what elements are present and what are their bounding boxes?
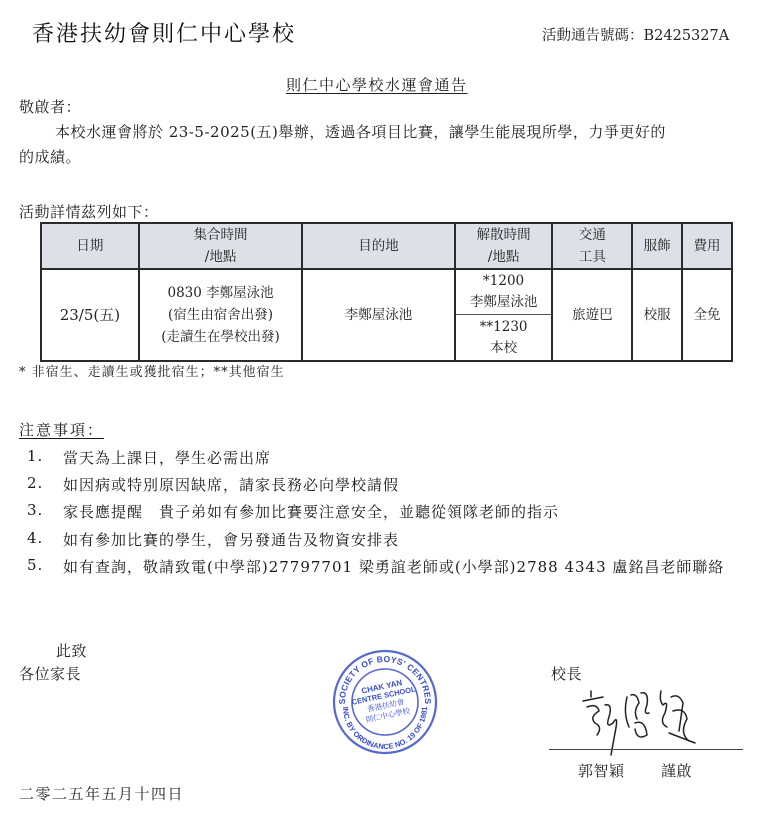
note-item: 2.如因病或特別原因缺席，請家長務必向學校請假 — [27, 474, 399, 495]
header-destination: 目的地 — [302, 223, 454, 269]
dismiss-option-a: *1200 李鄭屋泳池 — [456, 270, 552, 315]
principal-name: 郭智穎 — [578, 760, 625, 781]
details-intro: 活動詳情茲列如下： — [19, 201, 159, 222]
closing-recipient: 各位家長 — [19, 663, 81, 684]
header-assembly: 集合時間/地點 — [139, 223, 302, 269]
cell-attire: 校服 — [632, 269, 682, 361]
notice-date: 二零二五年五月十四日 — [19, 783, 184, 804]
closing-line1: 此致 — [56, 640, 87, 661]
school-name: 香港扶幼會則仁中心學校 — [32, 17, 296, 48]
header-attire: 服飾 — [632, 223, 682, 269]
cell-dismiss: *1200 李鄭屋泳池 **1230 本校 — [455, 269, 553, 361]
cell-assembly: 0830 李鄭屋泳池 (宿生由宿舍出發) (走讀生在學校出發) — [139, 269, 302, 361]
table-footnote: * 非宿生、走讀生或獲批宿生；**其他宿生 — [19, 361, 285, 380]
dismiss-option-b: **1230 本校 — [456, 315, 552, 360]
header-dismiss: 解散時間/地點 — [455, 223, 553, 269]
cell-destination: 李鄭屋泳池 — [302, 269, 454, 361]
note-item: 4.如有參加比賽的學生，會另發通告及物資安排表 — [27, 529, 399, 550]
notes-title: 注意事項： — [19, 419, 104, 440]
header-transport: 交通工具 — [552, 223, 632, 269]
cell-transport: 旅遊巴 — [552, 269, 632, 361]
cell-date: 23/5(五) — [41, 269, 139, 361]
salutation: 敬啟者： — [19, 96, 81, 117]
cell-fee: 全免 — [682, 269, 732, 361]
principal-signature — [575, 683, 705, 763]
signature-line — [549, 749, 743, 750]
body-paragraph-line2: 的成績。 — [19, 146, 81, 167]
principal-title: 校長 — [551, 663, 582, 684]
note-item: 5.如有查詢，敬請致電(中學部)27797701 梁勇誼老師或(小學部)2788… — [27, 556, 724, 577]
notice-title: 則仁中心學校水運會通告 — [286, 74, 468, 95]
table-header-row: 日期 集合時間/地點 目的地 解散時間/地點 交通工具 服飾 費用 — [41, 223, 732, 269]
body-paragraph-line1: 本校水運會將於 23-5-2025(五)舉辦，透過各項目比賽，讓學生能展現所學，… — [55, 121, 666, 142]
note-item: 1.當天為上課日，學生必需出席 — [27, 447, 271, 468]
principal-closing: 謹啟 — [661, 760, 692, 781]
note-item: 3.家長應提醒 貴子弟如有參加比賽要注意安全，並聽從領隊老師的指示 — [27, 501, 559, 522]
header-fee: 費用 — [682, 223, 732, 269]
notice-number: 活動通告號碼：B2425327A — [542, 24, 729, 45]
table-row: 23/5(五) 0830 李鄭屋泳池 (宿生由宿舍出發) (走讀生在學校出發) … — [41, 269, 732, 361]
school-seal-stamp: SOCIETY OF BOYS' CENTRES INC. BY ORDINAN… — [332, 649, 438, 755]
header-date: 日期 — [41, 223, 139, 269]
event-details-table: 日期 集合時間/地點 目的地 解散時間/地點 交通工具 服飾 費用 23/5(五… — [40, 222, 733, 362]
